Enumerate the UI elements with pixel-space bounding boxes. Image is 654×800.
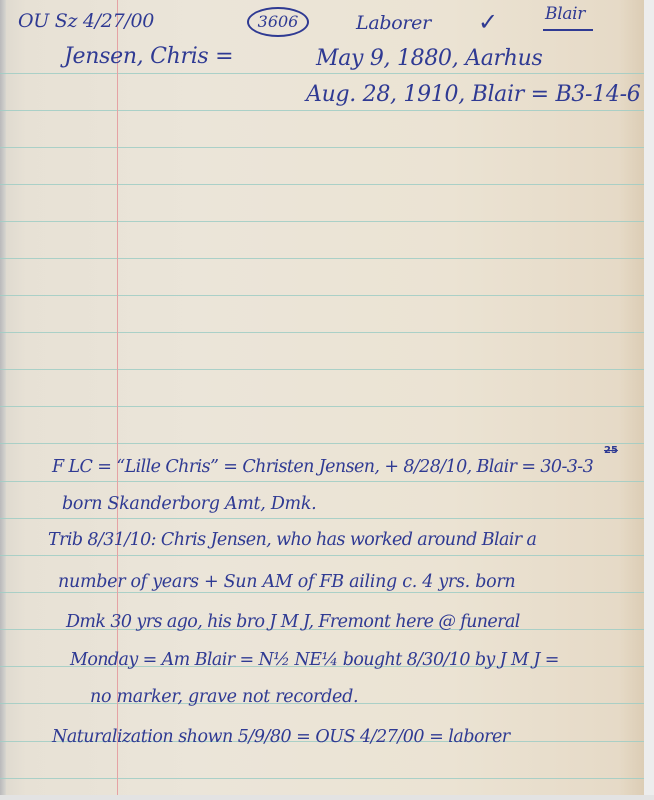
death-burial-info: Aug. 28, 1910, Blair = B3-14-6 [306,82,640,107]
binding-edge [0,0,6,795]
scan-background [0,795,654,800]
rule-line [0,258,644,259]
rule-line [0,518,644,519]
rule-line [0,295,644,296]
notebook-page: OU Sz 4/27/00 3606 Laborer ✓ Blair Jense… [0,0,644,795]
birth-info: May 9, 1880, Aarhus [316,46,542,71]
rule-line [0,443,644,444]
occupation: Laborer [356,12,431,34]
rule-line [0,778,644,779]
record-number: 3606 [247,7,309,37]
rule-line [0,369,644,370]
check-mark-icon: ✓ [478,8,498,36]
rule-line [0,481,644,482]
note-line-6: Monday = Am Blair = N½ NE¼ bought 8/30/1… [70,650,559,670]
rule-line [0,184,644,185]
scan-background [644,0,654,800]
note-line-3: Trib 8/31/10: Chris Jensen, who has work… [48,530,536,550]
rule-line [0,592,644,593]
rule-line [0,332,644,333]
note-line-7: no marker, grave not recorded. [90,687,358,707]
naturalization-note: OU Sz 4/27/00 [18,10,154,32]
note-line-4: number of years + Sun AM of FB ailing c.… [58,572,515,592]
rule-line [0,555,644,556]
person-name: Jensen, Chris = [64,44,233,69]
struck-correction: 25 [604,445,618,456]
rule-line [0,73,644,74]
rule-line [0,147,644,148]
place-tag-underline [543,29,593,31]
rule-line [0,406,644,407]
rule-line [0,110,644,111]
margin-line [117,0,118,795]
note-line-8: Naturalization shown 5/9/80 = OUS 4/27/0… [52,727,510,747]
rule-line [0,221,644,222]
note-line-5: Dmk 30 yrs ago, his bro J M J, Fremont h… [66,612,520,632]
note-line-2: born Skanderborg Amt, Dmk. [62,494,316,514]
note-line-1: F LC = “Lille Chris” = Christen Jensen, … [52,457,593,477]
place-tag: Blair [545,4,585,24]
